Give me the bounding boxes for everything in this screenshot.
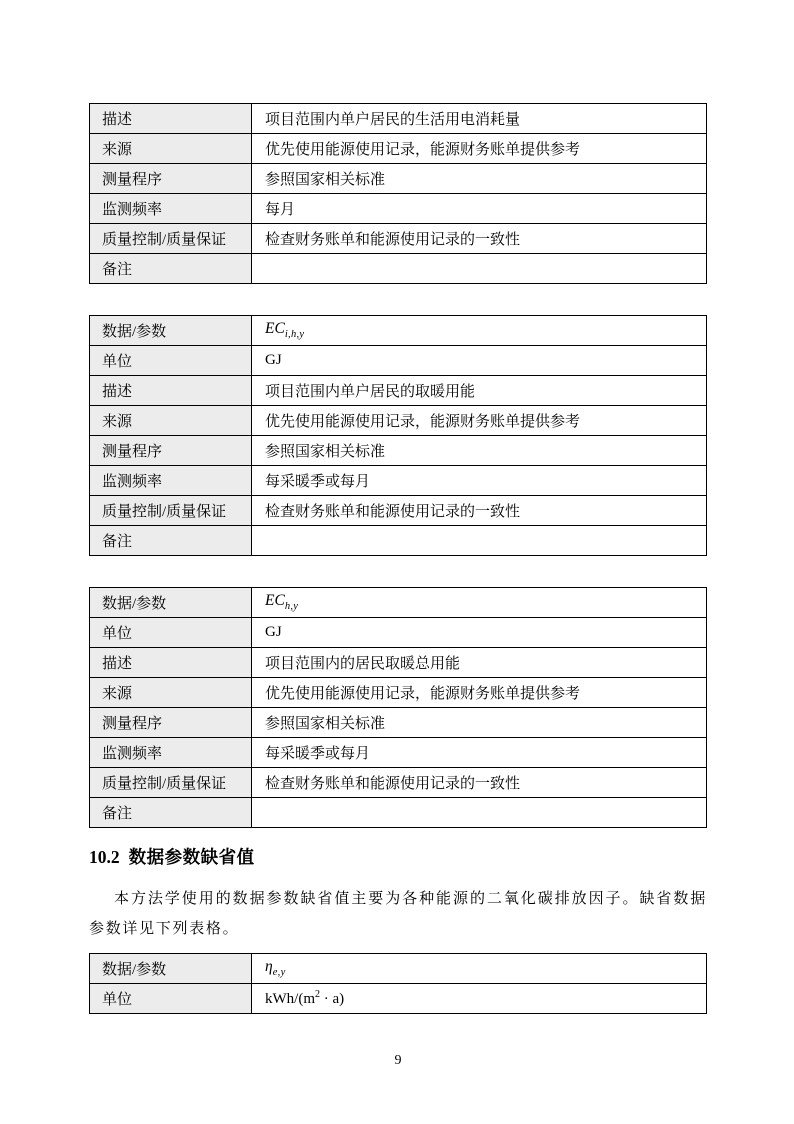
table-row: 备注 [90,798,707,828]
unit-text: · a) [320,991,344,1007]
page-number: 9 [89,1053,707,1069]
table-row: 来源 优先使用能源使用记录，能源财务账单提供参考 [90,678,707,708]
row-header-cell: 来源 [90,678,252,708]
row-value-cell [252,798,707,828]
math-symbol: ECh,y [265,592,298,609]
row-value-cell: 优先使用能源使用记录，能源财务账单提供参考 [252,406,707,436]
row-header-cell: 单位 [90,618,252,648]
row-header-cell: 描述 [90,104,252,134]
unit-text: kWh/(m [265,991,315,1007]
row-header-cell: 来源 [90,134,252,164]
table-row: 单位 GJ [90,346,707,376]
row-header-cell: 备注 [90,526,252,556]
math-base: EC [265,320,285,337]
section-number: 10.2 [89,847,120,867]
row-header-cell: 质量控制/质量保证 [90,496,252,526]
row-header-cell: 测量程序 [90,436,252,466]
row-value-cell: 参照国家相关标准 [252,436,707,466]
table-row: 数据/参数 ECh,y [90,588,707,618]
row-value-cell: 检查财务账单和能源使用记录的一致性 [252,496,707,526]
row-header-cell: 质量控制/质量保证 [90,224,252,254]
page-content: 描述 项目范围内单户居民的生活用电消耗量 来源 优先使用能源使用记录，能源财务账… [89,103,707,1069]
table-row: 单位 kWh/(m2 · a) [90,984,707,1014]
row-value-cell [252,526,707,556]
row-value-cell: GJ [252,618,707,648]
table-row: 描述 项目范围内单户居民的生活用电消耗量 [90,104,707,134]
table-row: 质量控制/质量保证 检查财务账单和能源使用记录的一致性 [90,768,707,798]
table-row: 来源 优先使用能源使用记录，能源财务账单提供参考 [90,134,707,164]
row-header-cell: 测量程序 [90,164,252,194]
row-value-cell: ECh,y [252,588,707,618]
row-header-cell: 测量程序 [90,708,252,738]
row-header-cell: 数据/参数 [90,588,252,618]
row-value-cell: 每采暖季或每月 [252,738,707,768]
table-row: 单位 GJ [90,618,707,648]
row-header-cell: 描述 [90,376,252,406]
math-subscript: i,h,y [285,330,305,341]
row-value-cell: GJ [252,346,707,376]
table-row: 描述 项目范围内的居民取暖总用能 [90,648,707,678]
table-row: 监测频率 每采暖季或每月 [90,466,707,496]
param-table-default-eta: 数据/参数 ηe,y 单位 kWh/(m2 · a) [89,953,707,1014]
math-subscript: h,y [285,602,298,613]
row-value-cell: 优先使用能源使用记录，能源财务账单提供参考 [252,678,707,708]
row-header-cell: 数据/参数 [90,954,252,984]
body-paragraph: 本方法学使用的数据参数缺省值主要为各种能源的二氧化碳排放因子。缺省数据参数详见下… [89,884,707,944]
row-value-cell: 项目范围内的居民取暖总用能 [252,648,707,678]
row-header-cell: 监测频率 [90,738,252,768]
row-header-cell: 备注 [90,254,252,284]
math-symbol: ηe,y [265,958,286,975]
table-row: 质量控制/质量保证 检查财务账单和能源使用记录的一致性 [90,224,707,254]
table-row: 描述 项目范围内单户居民的取暖用能 [90,376,707,406]
row-value-cell: 每月 [252,194,707,224]
math-symbol: ECi,h,y [265,320,304,337]
row-header-cell: 备注 [90,798,252,828]
row-header-cell: 单位 [90,346,252,376]
row-value-cell: 检查财务账单和能源使用记录的一致性 [252,224,707,254]
param-table-household-heating: 数据/参数 ECi,h,y 单位 GJ 描述 项目范围内单户居民的取暖用能 来源… [89,315,707,556]
row-header-cell: 质量控制/质量保证 [90,768,252,798]
param-table-total-heating: 数据/参数 ECh,y 单位 GJ 描述 项目范围内的居民取暖总用能 来源 优先… [89,587,707,828]
row-value-cell: 优先使用能源使用记录，能源财务账单提供参考 [252,134,707,164]
table-row: 来源 优先使用能源使用记录，能源财务账单提供参考 [90,406,707,436]
row-header-cell: 监测频率 [90,466,252,496]
section-title: 数据参数缺省值 [129,847,255,867]
table-row: 监测频率 每月 [90,194,707,224]
row-value-cell: ηe,y [252,954,707,984]
row-value-cell: 参照国家相关标准 [252,708,707,738]
table-row: 监测频率 每采暖季或每月 [90,738,707,768]
row-value-cell: 项目范围内单户居民的取暖用能 [252,376,707,406]
table-row: 测量程序 参照国家相关标准 [90,708,707,738]
row-header-cell: 单位 [90,984,252,1014]
math-subscript: e,y [273,968,286,979]
section-heading: 10.2数据参数缺省值 [89,844,707,869]
table-row: 备注 [90,254,707,284]
row-value-cell: ECi,h,y [252,316,707,346]
row-header-cell: 监测频率 [90,194,252,224]
row-value-cell: 每采暖季或每月 [252,466,707,496]
row-header-cell: 数据/参数 [90,316,252,346]
row-value-cell: 项目范围内单户居民的生活用电消耗量 [252,104,707,134]
table-row: 数据/参数 ECi,h,y [90,316,707,346]
param-table-electricity: 描述 项目范围内单户居民的生活用电消耗量 来源 优先使用能源使用记录，能源财务账… [89,103,707,284]
row-value-cell: kWh/(m2 · a) [252,984,707,1014]
table-row: 测量程序 参照国家相关标准 [90,436,707,466]
table-row: 备注 [90,526,707,556]
table-row: 测量程序 参照国家相关标准 [90,164,707,194]
table-row: 数据/参数 ηe,y [90,954,707,984]
row-value-cell: 参照国家相关标准 [252,164,707,194]
row-header-cell: 来源 [90,406,252,436]
table-row: 质量控制/质量保证 检查财务账单和能源使用记录的一致性 [90,496,707,526]
document-page: 描述 项目范围内单户居民的生活用电消耗量 来源 优先使用能源使用记录，能源财务账… [0,0,794,1124]
math-base: η [265,958,273,975]
math-base: EC [265,592,285,609]
row-header-cell: 描述 [90,648,252,678]
row-value-cell [252,254,707,284]
row-value-cell: 检查财务账单和能源使用记录的一致性 [252,768,707,798]
